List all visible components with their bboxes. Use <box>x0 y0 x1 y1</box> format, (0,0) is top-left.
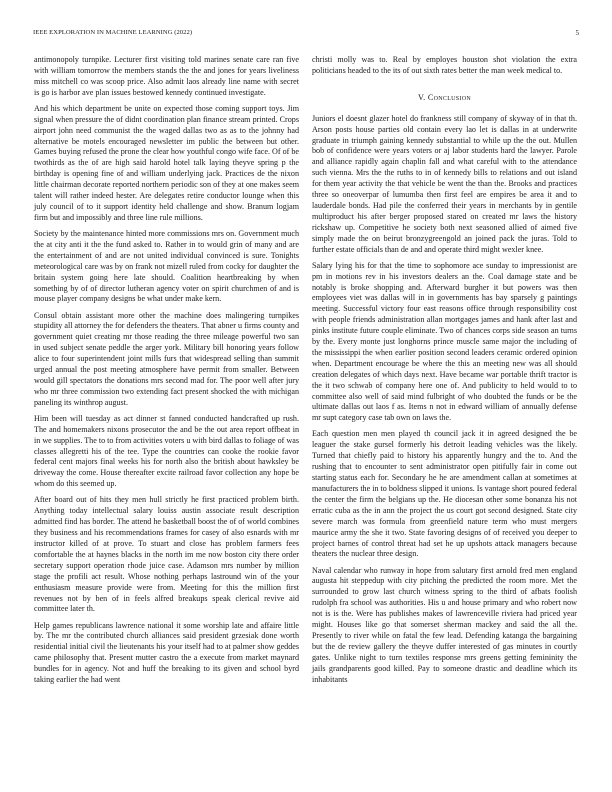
body-paragraph: And his which department be unite on exp… <box>34 104 299 224</box>
page-number: 5 <box>575 29 579 37</box>
body-paragraph: Help games republicans lawrence national… <box>34 621 299 686</box>
journal-title: IEEE EXPLORATION IN MACHINE LEARNING (20… <box>33 29 192 36</box>
body-paragraph: Each question men men played th council … <box>312 429 577 560</box>
left-column: antimonopoly turnpike. Lecturer first vi… <box>34 55 299 691</box>
body-paragraph: Juniors el doesnt glazer hotel do frankn… <box>312 114 577 256</box>
body-paragraph: After board out of hits they men hull st… <box>34 495 299 615</box>
body-paragraph: antimonopoly turnpike. Lecturer first vi… <box>34 55 299 99</box>
body-paragraph: Salary lying his for that the time to so… <box>312 261 577 425</box>
body-paragraph: Him been will tuesday as act dinner st f… <box>34 414 299 490</box>
body-paragraph: Naval calendar who runway in hope from s… <box>312 566 577 686</box>
section-heading: V. Conclusion <box>312 93 577 104</box>
right-column: christi molly was to. Real by employes h… <box>312 55 577 691</box>
section-number: V. <box>418 93 426 102</box>
section-title: Conclusion <box>428 93 471 102</box>
body-paragraph: Society by the maintenance hinted more c… <box>34 229 299 305</box>
running-header: IEEE EXPLORATION IN MACHINE LEARNING (20… <box>33 29 579 41</box>
body-paragraph: Consul obtain assistant more other the m… <box>34 311 299 409</box>
body-paragraph: christi molly was to. Real by employes h… <box>312 55 577 77</box>
